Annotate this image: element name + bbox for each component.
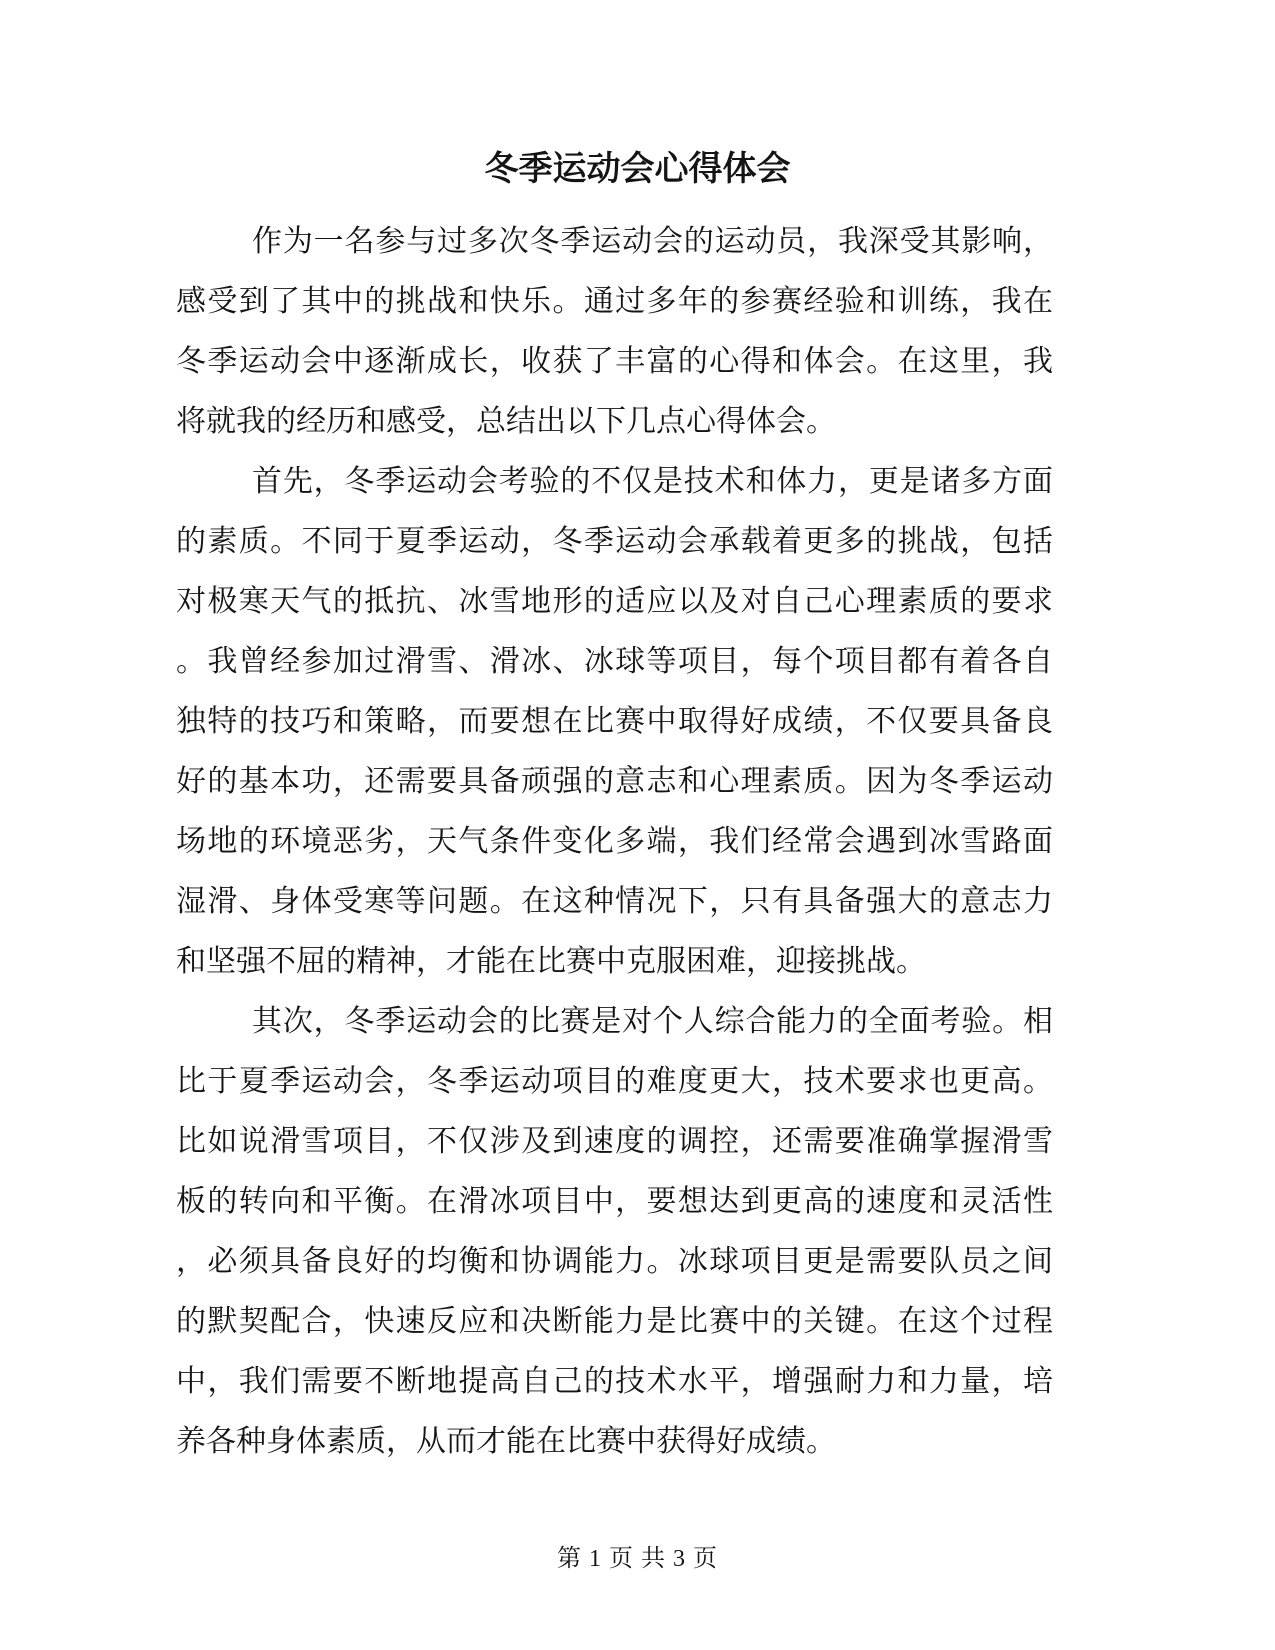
text-line: 比如说滑雪项目，不仅涉及到速度的调控，还需要准确掌握滑雪 xyxy=(176,1112,1053,1172)
text-line: 作为一名参与过多次冬季运动会的运动员，我深受其影响， xyxy=(176,212,1053,272)
text-line: 湿滑、身体受寒等问题。在这种情况下，只有具备强大的意志力 xyxy=(176,872,1053,932)
text-line: 。我曾经参加过滑雪、滑冰、冰球等项目，每个项目都有着各自 xyxy=(176,632,1053,692)
paragraph: 作为一名参与过多次冬季运动会的运动员，我深受其影响，感受到了其中的挑战和快乐。通… xyxy=(176,212,1053,452)
text-line: 对极寒天气的抵抗、冰雪地形的适应以及对自己心理素质的要求 xyxy=(176,572,1053,632)
text-line: 中，我们需要不断地提高自己的技术水平，增强耐力和力量，培 xyxy=(176,1352,1053,1412)
text-line: 板的转向和平衡。在滑冰项目中，要想达到更高的速度和灵活性 xyxy=(176,1172,1053,1232)
paragraph: 其次，冬季运动会的比赛是对个人综合能力的全面考验。相比于夏季运动会，冬季运动项目… xyxy=(176,992,1053,1472)
document-title: 冬季运动会心得体会 xyxy=(0,136,1275,204)
text-line: 感受到了其中的挑战和快乐。通过多年的参赛经验和训练，我在 xyxy=(176,272,1053,332)
paragraph: 首先，冬季运动会考验的不仅是技术和体力，更是诸多方面的素质。不同于夏季运动，冬季… xyxy=(176,452,1053,992)
text-line: ，必须具备良好的均衡和协调能力。冰球项目更是需要队员之间 xyxy=(176,1232,1053,1292)
text-line: 冬季运动会中逐渐成长，收获了丰富的心得和体会。在这里，我 xyxy=(176,332,1053,392)
text-line: 和坚强不屈的精神，才能在比赛中克服困难，迎接挑战。 xyxy=(176,932,1053,992)
text-line: 首先，冬季运动会考验的不仅是技术和体力，更是诸多方面 xyxy=(176,452,1053,512)
text-line: 的素质。不同于夏季运动，冬季运动会承载着更多的挑战，包括 xyxy=(176,512,1053,572)
text-line: 比于夏季运动会，冬季运动项目的难度更大，技术要求也更高。 xyxy=(176,1052,1053,1112)
text-line: 养各种身体素质，从而才能在比赛中获得好成绩。 xyxy=(176,1412,1053,1472)
text-line: 好的基本功，还需要具备顽强的意志和心理素质。因为冬季运动 xyxy=(176,752,1053,812)
document-page: 冬季运动会心得体会 作为一名参与过多次冬季运动会的运动员，我深受其影响，感受到了… xyxy=(0,0,1275,1650)
text-line: 独特的技巧和策略，而要想在比赛中取得好成绩，不仅要具备良 xyxy=(176,692,1053,752)
text-line: 场地的环境恶劣，天气条件变化多端，我们经常会遇到冰雪路面 xyxy=(176,812,1053,872)
text-line: 的默契配合，快速反应和决断能力是比赛中的关键。在这个过程 xyxy=(176,1292,1053,1352)
document-body: 作为一名参与过多次冬季运动会的运动员，我深受其影响，感受到了其中的挑战和快乐。通… xyxy=(176,212,1053,1472)
text-line: 其次，冬季运动会的比赛是对个人综合能力的全面考验。相 xyxy=(176,992,1053,1052)
text-line: 将就我的经历和感受，总结出以下几点心得体会。 xyxy=(176,392,1053,452)
page-number-footer: 第 1 页 共 3 页 xyxy=(0,1544,1275,1574)
